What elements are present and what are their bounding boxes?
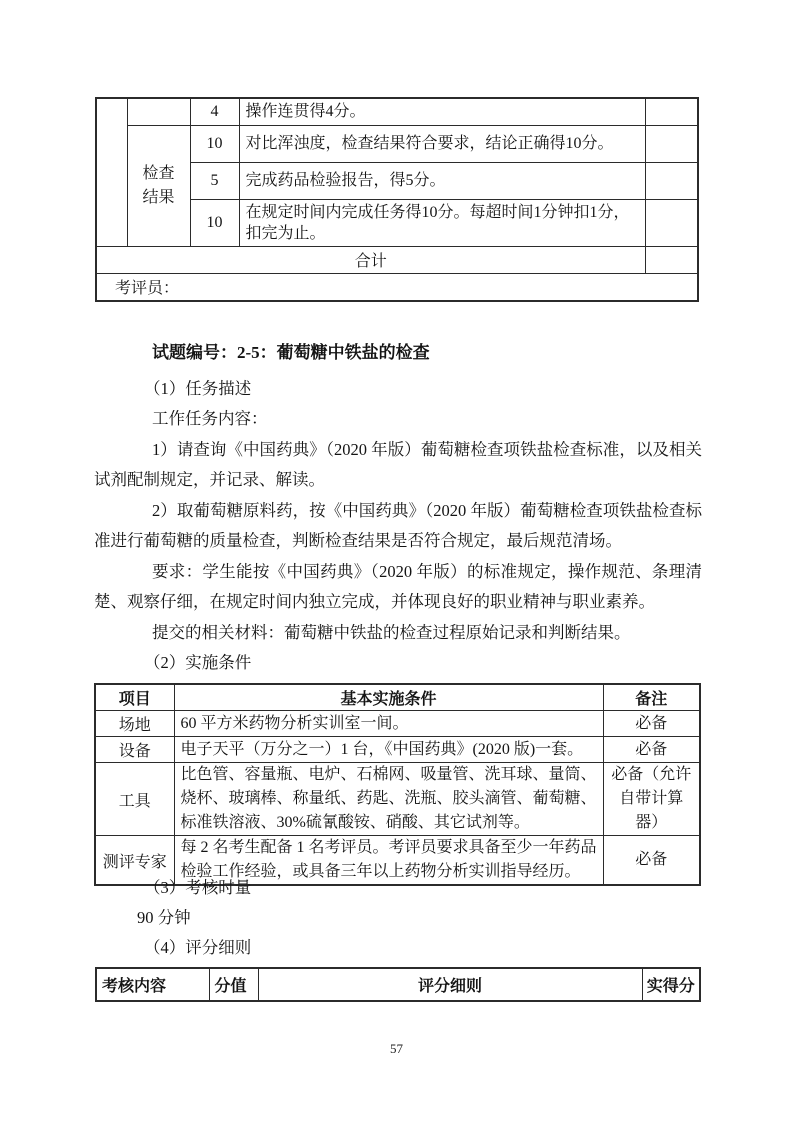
header-item: 项目 xyxy=(95,684,174,711)
exam-time-value: 90 分钟 xyxy=(94,903,702,933)
page-number: 57 xyxy=(0,1041,793,1057)
table-row: 工具 比色管、容量瓶、电炉、石棉网、吸量管、洗耳球、量筒、烧杯、玻璃棒、称量纸、… xyxy=(95,763,700,836)
condition-cell: 60 平方米药物分析实训室一间。 xyxy=(174,711,603,737)
total-row: 合计 xyxy=(96,246,698,273)
table-row: 场地 60 平方米药物分析实训室一间。 必备 xyxy=(95,711,700,737)
score-desc-cell: 对比浑浊度，检查结果符合要求，结论正确得10分。 xyxy=(239,125,645,162)
header-earned-score: 实得分 xyxy=(642,968,700,1001)
item-cell: 场地 xyxy=(95,711,174,737)
document-page: 4 操作连贯得4分。 检查结果 10 对比浑浊度，检查结果符合要求，结论正确得1… xyxy=(0,0,793,1122)
category-label-cell: 检查结果 xyxy=(127,125,190,246)
paragraph-materials: 提交的相关材料：葡萄糖中铁盐的检查过程原始记录和判断结果。 xyxy=(94,618,702,649)
score-desc-cell: 在规定时间内完成任务得10分。每超时间1分钟扣1分，扣完为止。 xyxy=(239,199,645,246)
heading-conditions: （2）实施条件 xyxy=(94,648,702,679)
earned-score-cell xyxy=(645,199,698,246)
header-note: 备注 xyxy=(603,684,700,711)
condition-cell: 比色管、容量瓶、电炉、石棉网、吸量管、洗耳球、量筒、烧杯、玻璃棒、称量纸、药匙、… xyxy=(174,763,603,836)
item-cell: 设备 xyxy=(95,737,174,763)
heading-exam-time: （3）考核时量 xyxy=(94,873,702,903)
earned-score-cell xyxy=(645,246,698,273)
note-cell: 必备（允许自带计算器） xyxy=(603,763,700,836)
time-rubric-block: （3）考核时量 90 分钟 （4）评分细则 xyxy=(94,873,702,963)
task-description-block: 试题编号：2-5：葡萄糖中铁盐的检查 （1）任务描述 工作任务内容： 1）请查询… xyxy=(94,338,702,679)
conditions-table: 项目 基本实施条件 备注 场地 60 平方米药物分析实训室一间。 必备 设备 电… xyxy=(94,683,701,886)
examiner-row: 考评员： xyxy=(96,273,698,301)
heading-task-description: （1）任务描述 xyxy=(94,374,702,405)
question-title: 试题编号：2-5：葡萄糖中铁盐的检查 xyxy=(94,338,702,369)
header-score-value: 分值 xyxy=(209,968,258,1001)
score-value-cell: 4 xyxy=(190,98,239,125)
score-desc-cell: 完成药品检验报告，得5分。 xyxy=(239,162,645,199)
score-result-table: 4 操作连贯得4分。 检查结果 10 对比浑浊度，检查结果符合要求，结论正确得1… xyxy=(95,97,699,302)
rubric-table: 考核内容 分值 评分细则 实得分 xyxy=(95,967,701,1002)
table-row: 设备 电子天平（万分之一）1 台，《中国药典》(2020 版)一套。 必备 xyxy=(95,737,700,763)
item-cell: 工具 xyxy=(95,763,174,836)
table-row: 4 操作连贯得4分。 xyxy=(96,98,698,125)
condition-cell: 电子天平（万分之一）1 台，《中国药典》(2020 版)一套。 xyxy=(174,737,603,763)
paragraph-task-2: 2）取葡萄糖原料药，按《中国药典》（2020 年版）葡萄糖检查项铁盐检查标准进行… xyxy=(94,496,702,557)
header-scoring-detail: 评分细则 xyxy=(258,968,642,1001)
table-header-row: 考核内容 分值 评分细则 实得分 xyxy=(96,968,700,1001)
table-header-row: 项目 基本实施条件 备注 xyxy=(95,684,700,711)
heading-work-content: 工作任务内容： xyxy=(94,404,702,435)
score-value-cell: 10 xyxy=(190,199,239,246)
examiner-label-cell: 考评员： xyxy=(96,273,698,301)
earned-score-cell xyxy=(645,125,698,162)
note-cell: 必备 xyxy=(603,737,700,763)
score-value-cell: 10 xyxy=(190,125,239,162)
table-row: 检查结果 10 对比浑浊度，检查结果符合要求，结论正确得10分。 xyxy=(96,125,698,162)
header-exam-content: 考核内容 xyxy=(96,968,209,1001)
score-desc-cell: 操作连贯得4分。 xyxy=(239,98,645,125)
heading-scoring-rules: （4）评分细则 xyxy=(94,933,702,963)
score-value-cell: 5 xyxy=(190,162,239,199)
subcategory-empty-cell xyxy=(127,98,190,125)
paragraph-task-1: 1）请查询《中国药典》（2020 年版）葡萄糖检查项铁盐检查标准，以及相关试剂配… xyxy=(94,435,702,496)
earned-score-cell xyxy=(645,98,698,125)
note-cell: 必备 xyxy=(603,711,700,737)
category-continuation-cell xyxy=(96,98,127,246)
earned-score-cell xyxy=(645,162,698,199)
total-label-cell: 合计 xyxy=(96,246,645,273)
header-condition: 基本实施条件 xyxy=(174,684,603,711)
paragraph-requirements: 要求：学生能按《中国药典》（2020 年版）的标准规定，操作规范、条理清楚、观察… xyxy=(94,557,702,618)
